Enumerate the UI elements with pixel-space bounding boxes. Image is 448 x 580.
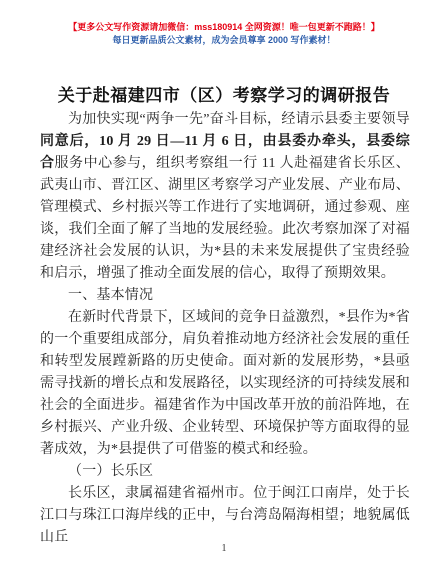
document-page: 【更多公文写作资源请加微信：mss180914 全网资源！唯一包更新不跑路！】 … <box>0 0 448 580</box>
section-heading: （一）长乐区 <box>40 461 410 483</box>
paragraph: 为加快实现“两争一先”奋斗目标，经请示县委主要领导同意后，10 月 29 日—1… <box>40 109 410 285</box>
text-segment: （一）长乐区 <box>68 464 153 479</box>
promo-line-2: 每日更新品质公文素材，成为会员尊享 2000 写作素材！ <box>0 34 448 47</box>
text-segment: 长乐区，隶属福建省福州市。位于闽江口南岸，处于长江口与珠江口海岸线的正中，与台湾… <box>40 486 410 545</box>
document-title: 关于赴福建四市（区）考察学习的调研报告 <box>0 84 448 108</box>
paragraph: 长乐区，隶属福建省福州市。位于闽江口南岸，处于长江口与珠江口海岸线的正中，与台湾… <box>40 483 410 549</box>
text-segment: 为加快实现“两争一先”奋斗目标，经请示县委主要领导 <box>68 112 410 127</box>
text-segment: 在新时代背景下，区域间的竞争日益激烈，*县作为*省的一个重要组成部分，肩负着推动… <box>40 310 410 457</box>
promo-line-1: 【更多公文写作资源请加微信：mss180914 全网资源！唯一包更新不跑路！】 <box>0 20 448 34</box>
document-body: 为加快实现“两争一先”奋斗目标，经请示县委主要领导同意后，10 月 29 日—1… <box>40 109 410 549</box>
promo-banner: 【更多公文写作资源请加微信：mss180914 全网资源！唯一包更新不跑路！】 … <box>0 20 448 47</box>
text-segment: 服务中心参与，组织考察组一行 11 人赴福建省长乐区、武夷山市、晋江区、湖里区考… <box>40 156 410 281</box>
text-segment: 一、基本情况 <box>68 288 153 303</box>
section-heading: 一、基本情况 <box>40 285 410 307</box>
page-number: 1 <box>0 543 448 554</box>
paragraph: 在新时代背景下，区域间的竞争日益激烈，*县作为*省的一个重要组成部分，肩负着推动… <box>40 307 410 461</box>
